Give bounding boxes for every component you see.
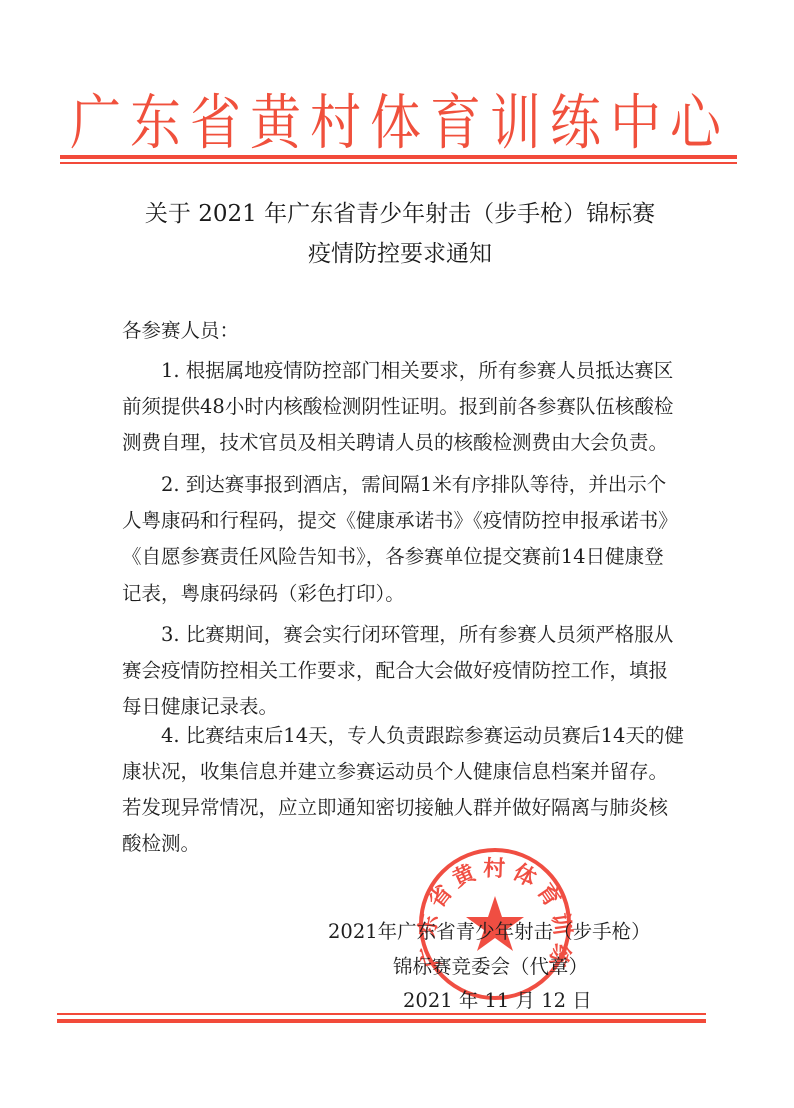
paragraph-line: 4. 比赛结束后14天，专人负责跟踪参赛运动员赛后14天的健: [161, 720, 684, 748]
top-thin-rule: [60, 162, 737, 164]
bottom-thick-rule: [57, 1019, 706, 1023]
paragraph-line: 赛会疫情防控相关工作要求，配合大会做好疫情防控工作，填报: [122, 655, 668, 683]
bottom-thin-rule: [57, 1013, 706, 1015]
paragraph-line: 1. 根据属地疫情防控部门相关要求，所有参赛人员抵达赛区: [161, 355, 673, 383]
signature-date: 2021 年 11 月 12 日: [403, 985, 592, 1013]
paragraph-line: 记表，粤康码绿码（彩色打印）。: [122, 578, 405, 606]
letterhead-title: 广东省黄村体育训练中心: [60, 74, 740, 161]
document-title-line1: 关于 2021 年广东省青少年射击（步手枪）锦标赛: [60, 195, 740, 228]
paragraph-line: 人粤康码和行程码，提交《健康承诺书》《疫情防控申报承诺书》: [122, 505, 678, 533]
salutation: 各参赛人员：: [122, 318, 239, 344]
paragraph-line: 若发现异常情况，应立即通知密切接触人群并做好隔离与肺炎核: [122, 792, 668, 820]
signature-committee-line2: 锦标赛竞委会（代章）: [393, 951, 588, 979]
signature-committee-line1: 2021年广东省青少年射击（步手枪）: [328, 916, 651, 944]
paragraph-line: 前须提供48小时内核酸检测阴性证明。报到前各参赛队伍核酸检: [122, 391, 673, 419]
paragraph-line: 《自愿参赛责任风险告知书》，各参赛单位提交赛前14日健康登: [122, 541, 664, 569]
paragraph-line: 酸检测。: [122, 828, 200, 856]
paragraph-line: 康状况，收集信息并建立参赛运动员个人健康信息档案并留存。: [122, 756, 668, 784]
paragraph-line: 2. 到达赛事报到酒店，需间隔1米有序排队等待，并出示个: [161, 469, 666, 497]
paragraph-line: 每日健康记录表。: [122, 691, 278, 719]
paragraph-line: 测费自理，技术官员及相关聘请人员的核酸检测费由大会负责。: [122, 427, 668, 455]
document-title-line2: 疫情防控要求通知: [60, 235, 740, 268]
paragraph-line: 3. 比赛期间，赛会实行闭环管理，所有参赛人员须严格服从: [161, 619, 673, 647]
top-thick-rule: [60, 155, 737, 159]
